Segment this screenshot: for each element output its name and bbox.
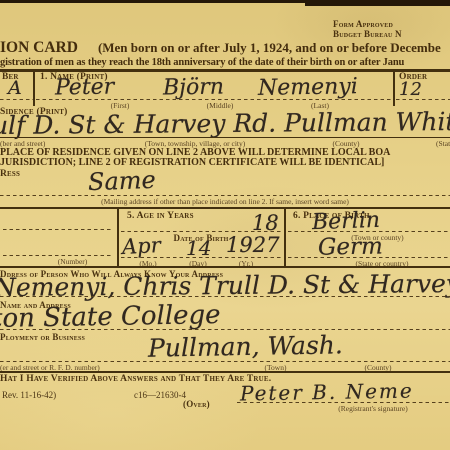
registration-card-scan: Form Approved Budget Bureau N ION CARD (… [0,0,450,450]
print-code: c16—21630-4 [134,390,186,400]
name-middle-value: Björn [163,74,224,100]
divider-age-birth [284,207,286,267]
card-title: ION CARD [0,39,78,56]
affirmation-text: Hat I Have Verified Above Answers and Th… [0,374,271,384]
name-first-value: Peter [55,74,115,100]
serial-number-value: A [8,77,22,99]
phone-number-sublabel: (Number) [45,257,100,266]
mailing-address-value: Same [88,166,157,196]
mailing-address-label: Ress [0,169,20,179]
signature-sublabel: (Registrant's signature) [318,404,428,413]
divider-serial-name [33,69,35,106]
form-approved-line: Form Approved [333,19,450,29]
age-label: 5. Age in Years [127,211,194,221]
over-text: (Over) [183,399,210,409]
scan-edge-top-right [305,0,450,6]
rule-mid1 [0,207,450,209]
phone-line1 [3,229,113,230]
divider-phone-age [117,207,119,267]
birth-year-value: 1927 [226,233,279,257]
rule-bottom [0,371,450,373]
card-title-row: ION CARD (Men born on or after July 1, 1… [0,39,450,57]
divider-name-order [393,69,395,106]
card-title-note: (Men born on or after July 1, 1924, and … [98,40,441,55]
form-approved-block: Form Approved Budget Bureau N [333,19,450,39]
birth-month-value: Apr [121,233,161,259]
order-number-value: 12 [399,79,422,100]
serial-line [0,99,33,100]
budget-bureau-line: Budget Bureau N [333,29,450,39]
contact-line [0,296,450,297]
employment-label: Ployment or Business [0,332,85,342]
name-last-value: Nemenyi [258,74,358,101]
notice-line2: JURISDICTION; LINE 2 OF REGISTRATION CER… [0,157,450,168]
rule-mid2 [0,266,450,268]
residence-value: ulf D. St & Harvey Rd. Pullman Whitman [0,107,450,140]
mailing-hint: (Mailing address if other than place ind… [0,197,450,206]
employer-line [0,329,450,330]
order-line [396,99,450,100]
employment-value: Pullman, Wash. [148,330,343,362]
residence-underline [0,137,450,138]
revision-text: Rev. 11-16-42) [2,390,56,400]
card-subtitle: gistration of men as they reach the 18th… [0,57,450,68]
name-first-sublabel: (First) [90,101,150,110]
